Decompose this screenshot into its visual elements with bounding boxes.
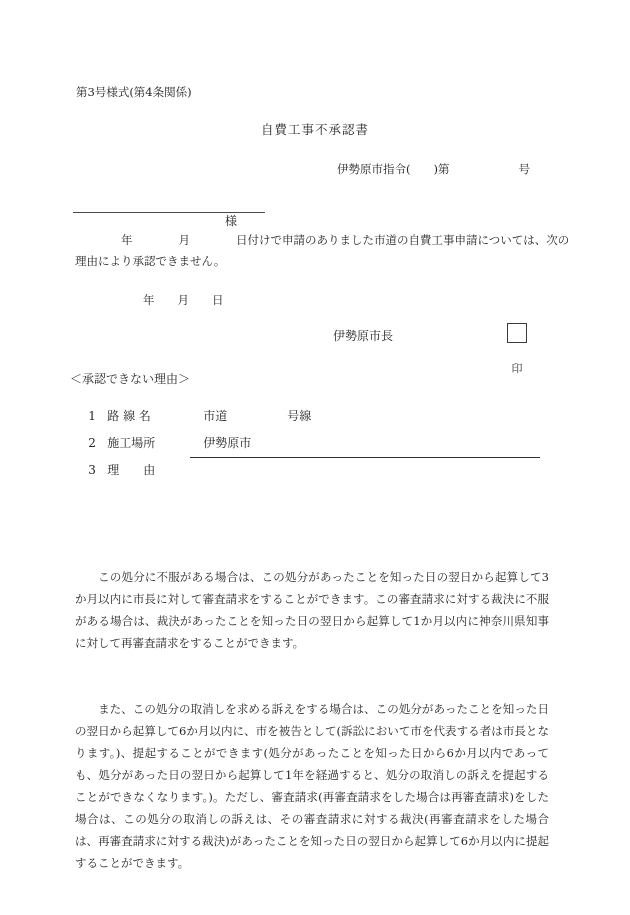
reasons-heading: ＜承認できない理由＞ (70, 370, 190, 387)
appeal-notice-paragraph-1: この処分に不服がある場合は、この処分があったことを知った日の翌日から起算して3か… (75, 566, 549, 654)
seal-icon: 印 (512, 362, 523, 375)
issue-date-line: 年 月 日 (143, 292, 224, 308)
page-title: 自費工事不承認書 (0, 120, 630, 138)
directive-number-line: 伊勢原市指令( )第 号 (337, 161, 530, 177)
addressee-blank-line: 様 (73, 193, 265, 213)
issuer-title: 伊勢原市長 (333, 327, 393, 344)
seal-box: 印 (507, 323, 527, 343)
addressee-honorific: 様 (225, 214, 237, 228)
form-number: 第3号様式(第4条関係) (76, 84, 192, 100)
reason-row-reason: 3理 由 (73, 447, 203, 492)
appeal-notice-paragraph-2: また、この処分の取消しを求める訴えをする場合は、この処分があったことを知った日の… (75, 698, 549, 874)
reason-fill-in-underline (190, 443, 540, 458)
appeal-notice: この処分に不服がある場合は、この処分があったことを知った日の翌日から起算して3か… (75, 522, 549, 915)
reason-label: 理 由 (107, 461, 203, 478)
document-page: 第3号様式(第4条関係) 自費工事不承認書 伊勢原市指令( )第 号 様 年 月… (0, 0, 630, 915)
reason-number: 3 (88, 463, 107, 477)
notification-paragraph: 年 月 日付けで申請のありました市道の自費工事申請については、次の理由により承認… (75, 230, 575, 272)
